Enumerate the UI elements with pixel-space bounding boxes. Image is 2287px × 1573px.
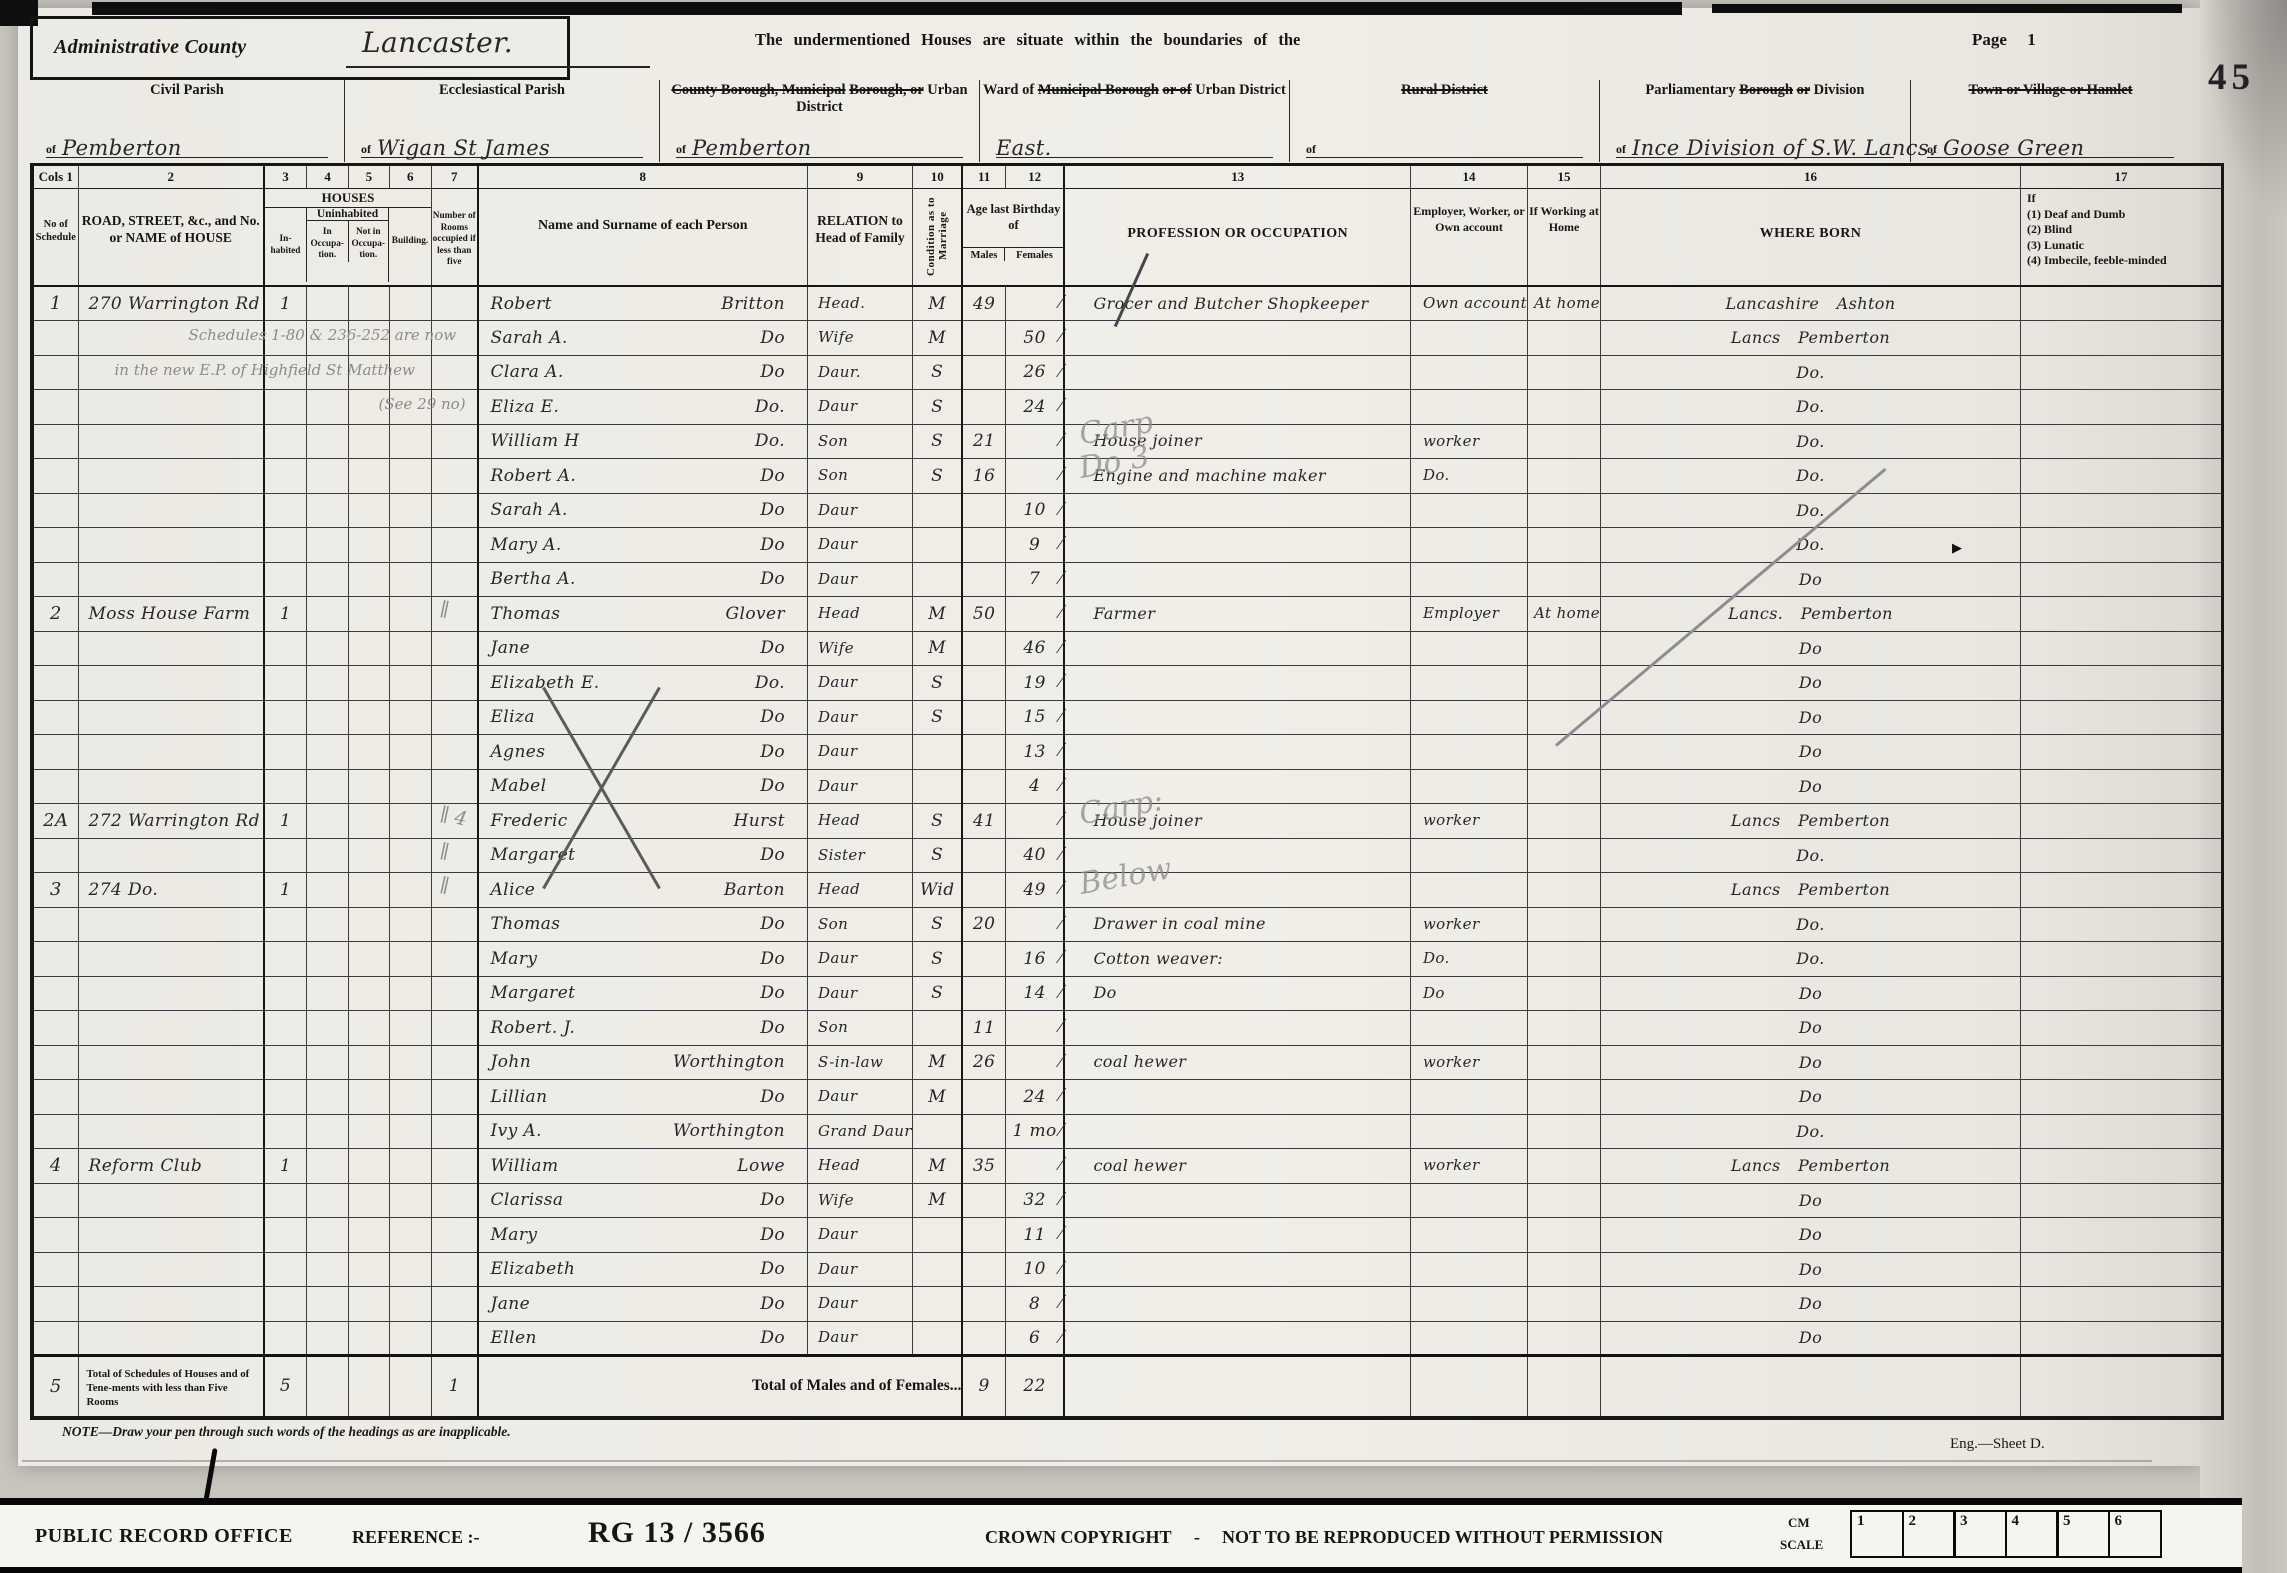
person-name: AliceBarton — [479, 880, 808, 900]
cell-ageF: 24 — [1005, 1080, 1064, 1115]
cell-emp — [1410, 355, 1527, 390]
cell-prof — [1064, 1252, 1410, 1287]
cell-road — [78, 1114, 264, 1149]
cell-home — [1528, 804, 1601, 839]
birthplace-entry: Do — [1601, 1087, 2020, 1106]
cell-bldg — [389, 562, 431, 597]
cell-bldg — [389, 1183, 431, 1218]
cell-road: 270 Warrington Rd — [78, 286, 264, 321]
forename: Clarissa — [491, 1190, 564, 1210]
cell-bldg — [389, 1011, 431, 1046]
cell-ageF — [1005, 597, 1064, 632]
name-header-label: Name and Surname of each Person — [479, 189, 808, 236]
pencil-mark: ∥ — [438, 840, 451, 863]
pro-reference-value: RG 13 / 3566 — [588, 1516, 766, 1550]
totals-rooms: 1 — [432, 1356, 478, 1418]
cell-inh — [264, 976, 306, 1011]
cell-notocc — [349, 1218, 389, 1253]
cell-ageM — [962, 942, 1005, 977]
cell-ageF: 16 — [1005, 942, 1064, 977]
col-header-name: Name and Surname of each Person — [478, 189, 808, 287]
cell-name: Ivy A.Worthington — [478, 1114, 808, 1149]
cell-rooms — [432, 1080, 478, 1115]
condition-entry: S — [913, 431, 962, 451]
cell-born: Do — [1601, 631, 2021, 666]
cell-cond — [912, 1218, 962, 1253]
column-number: 17 — [2021, 165, 2223, 189]
cell-bldg — [389, 1218, 431, 1253]
cell-sched — [32, 1080, 78, 1115]
cell-home — [1528, 1011, 1601, 1046]
table-row: ThomasDoSonS20Drawer in coal mineworkerD… — [32, 907, 2223, 942]
cell-sched: 1 — [32, 286, 78, 321]
table-row: LillianDoDaurM24Do — [32, 1080, 2223, 1115]
cell-prof — [1064, 562, 1410, 597]
cell-emp — [1410, 562, 1527, 597]
person-name: WilliamLowe — [479, 1156, 808, 1176]
cell-home — [1528, 1045, 1601, 1080]
cell-emp: Do. — [1410, 459, 1527, 494]
cell-home — [1528, 666, 1601, 701]
cell-sched — [32, 735, 78, 770]
cell-rooms — [432, 493, 478, 528]
column-number: 11 — [962, 165, 1005, 189]
cell-inf — [2021, 631, 2223, 666]
cm-ruler-box: 6 — [2108, 1510, 2162, 1558]
cell-home — [1528, 631, 1601, 666]
cell-born: Lancs Pemberton — [1601, 1149, 2021, 1184]
cell-emp — [1410, 769, 1527, 804]
cell-emp — [1410, 735, 1527, 770]
table-row: 1270 Warrington Rd1RobertBrittonHead.M49… — [32, 286, 2223, 321]
in-occupation-header-label: In Occupa-tion. — [307, 221, 349, 262]
cell-inocc — [306, 597, 348, 632]
cell-rooms — [432, 1045, 478, 1080]
cell-road — [78, 769, 264, 804]
cell-prof — [1064, 631, 1410, 666]
pro-office-label: PUBLIC RECORD OFFICE — [35, 1525, 293, 1548]
cell-born: Lancashire Ashton — [1601, 286, 2021, 321]
district-value: East. — [996, 136, 1052, 160]
at-home-header-label: If Working at Home — [1528, 189, 1600, 235]
building-header-label: Building. — [389, 208, 431, 282]
schedule-header-label: No of Schedule — [34, 189, 78, 244]
cell-home — [1528, 873, 1601, 908]
cell-name: LillianDo — [478, 1080, 808, 1115]
cell-inf — [2021, 1218, 2223, 1253]
district-value: Goose Green — [1943, 136, 2085, 160]
cell-ageM — [962, 1321, 1005, 1356]
relation-entry: Son — [808, 1018, 848, 1036]
person-name: JaneDo — [479, 638, 808, 658]
district-label-segment: Municipal Borough — [1038, 82, 1159, 98]
cell-inf — [2021, 1011, 2223, 1046]
cell-rel: Daur. — [808, 355, 913, 390]
cell-ageF: 7 — [1005, 562, 1064, 597]
birthplace-entry: Lancs Pemberton — [1601, 1156, 2020, 1175]
employer-entry: worker — [1411, 1053, 1480, 1071]
cell-bldg — [389, 1321, 431, 1356]
of-prefix: of — [1616, 142, 1632, 157]
cell-emp — [1410, 1287, 1527, 1322]
cell-emp — [1410, 390, 1527, 425]
cell-name: Bertha A.Do — [478, 562, 808, 597]
cm-ruler-box: 1 — [1850, 1510, 1904, 1558]
cell-prof: coal hewer — [1064, 1045, 1410, 1080]
cell-inf — [2021, 286, 2223, 321]
cell-road — [78, 666, 264, 701]
col-header-where-born: WHERE BORN — [1601, 189, 2021, 287]
relation-entry: Daur — [808, 742, 857, 760]
cell-name: Clara A.Do — [478, 355, 808, 390]
cell-rel: Daur — [808, 1080, 913, 1115]
column-number: 10 — [912, 165, 962, 189]
forename: Elizabeth — [491, 1259, 576, 1279]
surname: Glover — [726, 604, 785, 624]
cell-rel: Daur — [808, 735, 913, 770]
cell-ageF: 49 — [1005, 873, 1064, 908]
cell-ageF: 50 — [1005, 321, 1064, 356]
cell-ageF: 24 — [1005, 390, 1064, 425]
cell-prof — [1064, 700, 1410, 735]
cell-bldg — [389, 942, 431, 977]
cell-name: MaryDo — [478, 1218, 808, 1253]
occupation-entry: Cotton weaver: — [1065, 949, 1223, 968]
cell-emp: Own account — [1410, 286, 1527, 321]
infirmity-line: (1) Deaf and Dumb — [2027, 207, 2221, 223]
district-label: Civil Parish — [30, 80, 344, 99]
cell-inocc — [306, 804, 348, 839]
cell-born: Do. — [1601, 1114, 2021, 1149]
column-number: 5 — [349, 165, 389, 189]
cell-notocc — [349, 1321, 389, 1356]
cell-rel: Daur — [808, 493, 913, 528]
person-name: ThomasGlover — [479, 604, 808, 624]
cell-road — [78, 942, 264, 977]
cell-inocc — [306, 873, 348, 908]
cell-name: WilliamLowe — [478, 1149, 808, 1184]
cell-rooms — [432, 666, 478, 701]
cell-rel: Head — [808, 597, 913, 632]
not-in-occupation-header-label: Not in Occupa-tion. — [349, 221, 389, 262]
cell-inf — [2021, 942, 2223, 977]
age-female-entry: 49 — [1006, 880, 1064, 900]
cell-rooms — [432, 907, 478, 942]
condition-entry: S — [913, 397, 962, 417]
surname: Do — [760, 362, 785, 382]
forename: Robert. J. — [491, 1018, 576, 1038]
copyright-dash: - — [1194, 1527, 1200, 1548]
cell-ageF — [1005, 907, 1064, 942]
cell-name: ClarissaDo — [478, 1183, 808, 1218]
cell-ageM — [962, 769, 1005, 804]
cell-ageM — [962, 390, 1005, 425]
cell-ageM: 20 — [962, 907, 1005, 942]
totals-empty — [306, 1356, 348, 1418]
cell-home — [1528, 1114, 1601, 1149]
district-label-segment: Borough — [1739, 82, 1793, 98]
table-row: JohnWorthingtonS-in-lawM26coal hewerwork… — [32, 1045, 2223, 1080]
district-label-segment: County Borough, Municipal — [671, 82, 845, 98]
cell-prof: Engine and machine makerDo 3 — [1064, 459, 1410, 494]
sheet-reference: Eng.—Sheet D. — [1950, 1436, 2045, 1453]
inhabited-entry: 1 — [265, 604, 306, 624]
cell-home — [1528, 942, 1601, 977]
of-prefix: of — [1927, 142, 1943, 157]
cell-cond — [912, 735, 962, 770]
surname: Do — [760, 707, 785, 727]
table-row: Ivy A.WorthingtonGrand Daur1 moDo. — [32, 1114, 2223, 1149]
cell-emp — [1410, 1114, 1527, 1149]
cell-rel: Daur — [808, 666, 913, 701]
cell-name: Sarah A.Do — [478, 321, 808, 356]
cell-cond — [912, 493, 962, 528]
cell-ageM — [962, 873, 1005, 908]
cell-notocc — [349, 666, 389, 701]
cell-inocc — [306, 1114, 348, 1149]
cell-notocc — [349, 1287, 389, 1322]
cell-born: Do — [1601, 1321, 2021, 1356]
cell-born: Do — [1601, 735, 2021, 770]
cell-bldg — [389, 873, 431, 908]
cell-cond — [912, 1287, 962, 1322]
cell-road — [78, 1080, 264, 1115]
relation-entry: Daur — [808, 570, 857, 588]
totals-empty — [389, 1356, 431, 1418]
forename: Sarah A. — [491, 328, 568, 348]
cell-emp — [1410, 528, 1527, 563]
cell-cond: S — [912, 666, 962, 701]
cell-rooms — [432, 1149, 478, 1184]
cell-cond: S — [912, 838, 962, 873]
cell-notocc — [349, 631, 389, 666]
cell-ageM — [962, 976, 1005, 1011]
age-female-entry: 46 — [1006, 638, 1064, 658]
cell-cond: M — [912, 1080, 962, 1115]
age-male-entry: 41 — [963, 811, 1004, 831]
cell-prof: Below — [1064, 873, 1410, 908]
cell-name: Robert. J.Do — [478, 1011, 808, 1046]
pro-reference-label: REFERENCE :- — [352, 1527, 480, 1548]
cell-rel: Wife — [808, 321, 913, 356]
condition-entry: S — [913, 845, 962, 865]
infirmity-line: (2) Blind — [2027, 222, 2221, 238]
table-row: ClarissaDoWifeM32Do — [32, 1183, 2223, 1218]
cell-emp: Employer — [1410, 597, 1527, 632]
cell-sched — [32, 942, 78, 977]
birthplace-entry: Do — [1601, 777, 2020, 796]
infirmity-line: (3) Lunatic — [2027, 238, 2221, 254]
cell-born: Do — [1601, 1287, 2021, 1322]
cell-prof: Farmer — [1064, 597, 1410, 632]
males-header-label: Males — [963, 248, 1005, 261]
totals-caption-cell: Total of Males and of Females... — [478, 1356, 963, 1418]
forename: William — [491, 1156, 559, 1176]
cell-ageM — [962, 355, 1005, 390]
birthplace-entry: Lancashire Ashton — [1601, 294, 2020, 313]
cell-emp: worker — [1410, 907, 1527, 942]
cell-rel: Daur — [808, 528, 913, 563]
cell-emp — [1410, 1218, 1527, 1253]
district-label: County Borough, Municipal Borough, or Ur… — [660, 80, 979, 115]
cell-inh — [264, 631, 306, 666]
district-label: Rural District — [1290, 80, 1599, 99]
age-female-entry: 7 — [1006, 569, 1064, 589]
relation-entry: Daur — [808, 777, 857, 795]
cell-cond: S — [912, 424, 962, 459]
table-row: 4Reform Club1WilliamLoweHeadM35coal hewe… — [32, 1149, 2223, 1184]
surname: Do. — [755, 397, 785, 417]
cell-prof: Cotton weaver: — [1064, 942, 1410, 977]
age-female-entry: 10 — [1006, 500, 1064, 520]
cell-inocc — [306, 907, 348, 942]
person-name: Clara A.Do — [479, 362, 808, 382]
occupation-entry: Farmer — [1065, 604, 1155, 623]
cell-rel: Grand Daur — [808, 1114, 913, 1149]
cell-inh — [264, 666, 306, 701]
cell-road — [78, 976, 264, 1011]
person-name: MabelDo — [479, 776, 808, 796]
cell-name: ThomasGlover — [478, 597, 808, 632]
relation-entry: Head — [808, 880, 860, 898]
cell-inf — [2021, 424, 2223, 459]
cell-notocc — [349, 424, 389, 459]
cell-bldg — [389, 1045, 431, 1080]
forename: Ellen — [491, 1328, 537, 1348]
cell-bldg — [389, 631, 431, 666]
district-value: Pemberton — [62, 136, 182, 160]
person-name: RobertBritton — [479, 294, 808, 314]
table-row: 3274 Do.1∥AliceBartonHeadWid49BelowLancs… — [32, 873, 2223, 908]
forename: Alice — [491, 880, 536, 900]
surname: Do — [760, 742, 785, 762]
cell-inh: 1 — [264, 1149, 306, 1184]
person-name: LillianDo — [479, 1087, 808, 1107]
relation-entry: Daur — [808, 397, 857, 415]
age-female-entry: 1 mo — [1006, 1121, 1064, 1141]
birthplace-entry: Do. — [1601, 846, 2020, 865]
cell-ageM — [962, 493, 1005, 528]
cell-home: At home — [1528, 597, 1601, 632]
cell-name: Mary A.Do — [478, 528, 808, 563]
table-row: Robert A.DoSonS16Engine and machine make… — [32, 459, 2223, 494]
cell-cond: M — [912, 631, 962, 666]
cell-born: Do. — [1601, 493, 2021, 528]
cell-rooms — [432, 1321, 478, 1356]
cell-rooms — [432, 769, 478, 804]
cell-road: Reform Club — [78, 1149, 264, 1184]
cell-home — [1528, 1080, 1601, 1115]
relation-header-label: RELATION to Head of Family — [808, 189, 912, 247]
cell-inh — [264, 942, 306, 977]
scan-smudge — [22, 1460, 2152, 1462]
cell-born: Do. — [1601, 355, 2021, 390]
person-name: Robert. J.Do — [479, 1018, 808, 1038]
totals-empty — [1410, 1356, 1527, 1418]
relation-entry: Daur. — [808, 363, 861, 381]
relation-entry: Daur — [808, 1294, 857, 1312]
cell-ageF: 10 — [1005, 1252, 1064, 1287]
cell-cond — [912, 1321, 962, 1356]
cell-bldg — [389, 493, 431, 528]
cell-ageF: 8 — [1005, 1287, 1064, 1322]
totals-empty — [1528, 1356, 1601, 1418]
cell-inh — [264, 424, 306, 459]
cell-rooms — [432, 976, 478, 1011]
cell-rel: Head — [808, 1149, 913, 1184]
cell-home — [1528, 1183, 1601, 1218]
cell-inf — [2021, 769, 2223, 804]
cell-emp: worker — [1410, 1149, 1527, 1184]
cell-inf — [2021, 355, 2223, 390]
cell-bldg — [389, 735, 431, 770]
district-value-line: ofPemberton — [46, 127, 328, 158]
cell-inf — [2021, 907, 2223, 942]
employer-entry: worker — [1411, 1156, 1480, 1174]
district-value-line: ofPemberton — [676, 127, 963, 158]
condition-entry: S — [913, 466, 962, 486]
surname: Hurst — [734, 811, 785, 831]
birthplace-entry: Do. — [1601, 397, 2020, 416]
cell-rooms — [432, 424, 478, 459]
table-row: ElizabethDoDaur10Do — [32, 1252, 2223, 1287]
cell-sched — [32, 1218, 78, 1253]
cell-ageF: 40 — [1005, 838, 1064, 873]
cell-inocc — [306, 1011, 348, 1046]
col-header-relation: RELATION to Head of Family — [808, 189, 913, 287]
cell-inocc — [306, 1287, 348, 1322]
pencil-annotation: in the new E.P. of Highfield St Matthew — [115, 361, 415, 379]
cell-notocc — [349, 1114, 389, 1149]
cell-home — [1528, 838, 1601, 873]
cell-sched — [32, 355, 78, 390]
person-name: Eliza E.Do. — [479, 397, 808, 417]
cell-home: At home — [1528, 286, 1601, 321]
infirmity-line: (4) Imbecile, feeble-minded — [2027, 253, 2221, 269]
cell-prof — [1064, 666, 1410, 701]
pencil-mark: ∥ — [438, 598, 451, 621]
reproduction-notice: NOT TO BE REPRODUCED WITHOUT PERMISSION — [1222, 1527, 1663, 1548]
cell-prof — [1064, 355, 1410, 390]
cell-born: Lancs Pemberton — [1601, 873, 2021, 908]
cell-name: ElizabethDo — [478, 1252, 808, 1287]
cell-born: Do — [1601, 562, 2021, 597]
cell-inf — [2021, 493, 2223, 528]
inhabited-entry: 1 — [265, 1156, 306, 1176]
cell-road: 274 Do. — [78, 873, 264, 908]
cell-sched — [32, 493, 78, 528]
surname: Lowe — [737, 1156, 785, 1176]
cell-notocc — [349, 493, 389, 528]
age-female-entry: 14 — [1006, 983, 1064, 1003]
cell-cond: M — [912, 321, 962, 356]
cell-rooms — [432, 1114, 478, 1149]
cell-emp — [1410, 631, 1527, 666]
col-header-profession: PROFESSION OR OCCUPATION — [1064, 189, 1410, 287]
page-number-value: 1 — [2027, 30, 2036, 49]
cell-bldg — [389, 424, 431, 459]
cell-sched — [32, 528, 78, 563]
cell-road — [78, 735, 264, 770]
col-header-road: ROAD, STREET, &c., and No. or NAME of HO… — [78, 189, 264, 287]
cell-emp — [1410, 666, 1527, 701]
cell-bldg — [389, 528, 431, 563]
address-entry: 270 Warrington Rd — [79, 294, 260, 314]
cell-ageF: 15 — [1005, 700, 1064, 735]
age-female-entry: 4 — [1006, 776, 1064, 796]
cell-inf — [2021, 459, 2223, 494]
cell-rel: Son — [808, 907, 913, 942]
